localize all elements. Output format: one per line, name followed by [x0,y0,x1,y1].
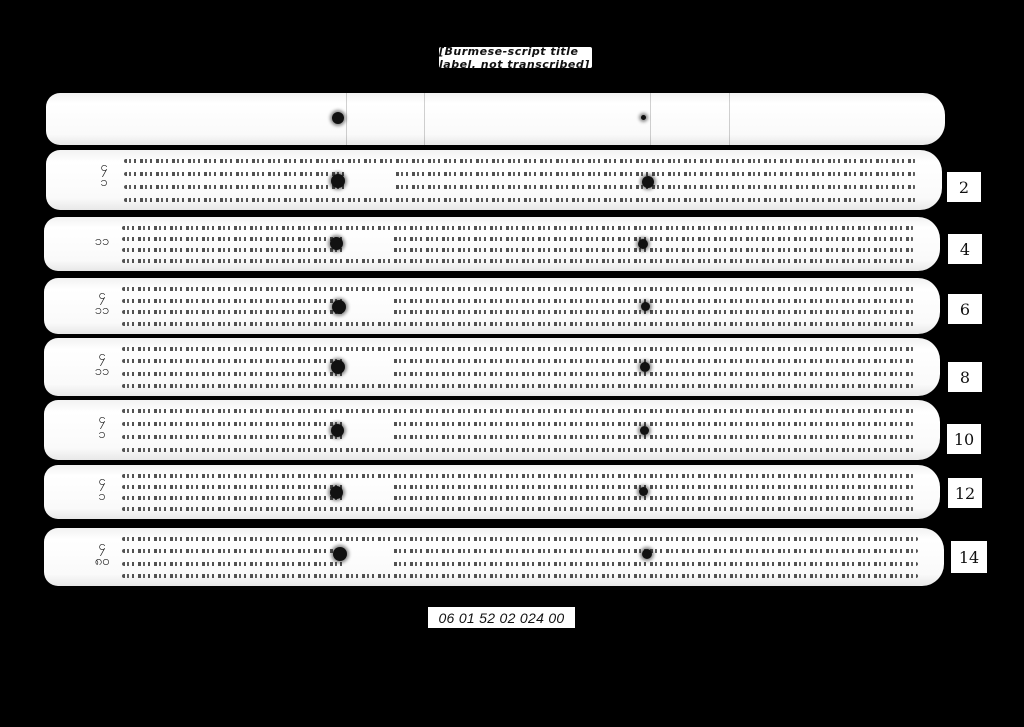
text-line [122,245,914,254]
palm-leaf: ၄ ၁ [46,150,942,210]
margin-numeral: ၄ ၁၁ [92,349,112,379]
manuscript-text [122,284,914,328]
page-number-tag: 12 [948,478,982,508]
string-hole-right [642,176,654,188]
margin-numeral: ၄ ၈၀ [92,539,112,569]
text-line [122,559,918,568]
text-line [124,182,916,191]
page-number-tag: 14 [951,541,987,573]
string-hole-left [331,424,344,437]
string-hole-left [330,486,343,499]
text-line [122,534,918,543]
manuscript-text [122,534,918,580]
text-line [122,356,914,365]
page-number-tag: 6 [948,294,982,324]
shelf-number-label: 06 01 52 02 024 00 [428,607,575,628]
text-line [122,419,914,428]
leaf-seam [346,93,347,145]
string-hole-left [331,360,345,374]
string-hole-left [333,547,347,561]
palm-leaf: ၄ ၈၀ [44,528,944,586]
text-line [122,571,918,580]
manuscript-text [122,223,914,265]
page-number-tag: 4 [948,234,982,264]
leaf-seam [650,93,651,145]
palm-leaf: ၄ ၁ [44,465,940,519]
text-line [122,284,914,293]
text-line [122,369,914,378]
margin-numeral: ၄ ၁ [92,412,112,442]
text-line [122,482,914,491]
text-line [122,406,914,415]
manuscript-text [122,344,914,390]
text-line [122,445,914,454]
string-hole-left [331,174,345,188]
leaf-seam [729,93,730,145]
string-hole-left [330,237,343,250]
text-line [122,223,914,232]
page-number-tag: 10 [947,424,981,454]
text-line [122,381,914,390]
palm-leaf: ၄ ၁၁ [44,338,940,396]
text-line [122,307,914,316]
text-line [122,493,914,502]
margin-numeral: ၄ ၁၁ [92,288,112,318]
text-line [122,319,914,328]
string-hole-right [642,549,652,559]
margin-numeral: ၁၁ [92,234,112,249]
string-hole-left [332,112,344,124]
manuscript-text [124,156,916,204]
text-line [122,234,914,243]
text-line [122,504,914,513]
leaf-seam [424,93,425,145]
text-line [122,546,918,555]
string-hole-right [639,487,648,496]
text-line [124,195,916,204]
text-line [122,296,914,305]
text-line [122,344,914,353]
palm-leaf: ၄ ၁ [44,400,940,460]
string-hole-right [641,115,646,120]
text-line [122,256,914,265]
text-line [122,471,914,480]
text-line [124,156,916,165]
manuscript-text [122,471,914,513]
palm-leaf: ၁၁ [44,217,940,271]
string-hole-right [641,302,650,311]
page-number-tag: 8 [948,362,982,392]
manuscript-text [122,406,914,454]
string-hole-right [638,239,648,249]
string-hole-left [332,300,346,314]
text-line [122,432,914,441]
text-line [124,169,916,178]
page-number-tag: 2 [947,172,981,202]
palm-leaf: ၄ ၁၁ [44,278,940,334]
palm-leaf-cover [46,93,945,145]
title-label: [Burmese-script title label, not transcr… [439,47,592,68]
string-hole-right [640,362,650,372]
margin-numeral: ၄ ၁ [94,160,114,190]
string-hole-right [640,426,649,435]
margin-numeral: ၄ ၁ [92,474,112,504]
